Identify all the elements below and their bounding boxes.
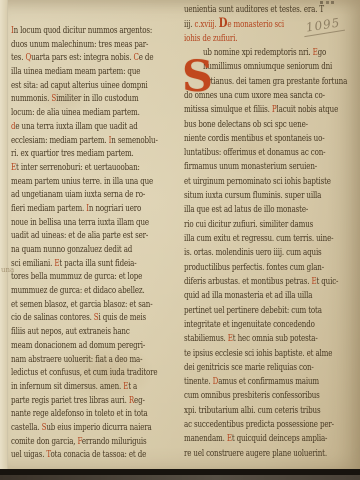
line-text: nummonis. — [11, 94, 51, 104]
line-text: filiis aut nepos, aut extraneis hanc — [11, 327, 130, 337]
line-text: urtianus. dei tamen gra prestante fortun… — [203, 77, 347, 87]
line-text: meam donacionem ad domum peregri- — [11, 341, 145, 351]
manuscript-line: quid ad illa monasteria et ad illa uilla — [184, 289, 354, 303]
line-text: dei genitricis sce marie reliquias con- — [184, 363, 314, 373]
manuscript-line: na quam nunno gonzaluez dedit ad — [11, 244, 177, 258]
line-text: et uirginum pernominato sci iohis baptis… — [184, 177, 331, 187]
page-left-edge — [0, 0, 8, 470]
manuscript-line: diferis arbustas. et montibus petras. Et… — [184, 275, 354, 289]
line-text: sci emiliani. — [11, 259, 54, 269]
line-text: t pacta illa sunt fideia- — [59, 259, 136, 269]
manuscript-line: tinente. Damus et confirmamus maium — [184, 375, 354, 389]
line-text: t a — [128, 382, 137, 392]
line-text: luntatibus: offerimus et donamus ac con- — [184, 148, 325, 158]
manuscript-line: situm iuxta cursum fluminis. super uilla — [184, 189, 354, 203]
line-text: tores bella mummuz de gurca: et lope — [11, 272, 142, 282]
rubric-text: e monasterio sci — [227, 20, 284, 30]
line-text: illa cum exitu et regressu. cum terris. … — [184, 234, 333, 244]
line-text: lacuit nobis atque — [276, 105, 338, 115]
manuscript-line: parte regis pariet tres libras auri. Reg… — [11, 395, 177, 409]
manuscript-line: Et inter serrenoburi: et uertauooban: — [11, 162, 177, 176]
line-text: re uel construere augere plane uoluerint… — [184, 449, 327, 459]
line-text: rio cui dicitur zufiuri. similiter damus — [184, 220, 313, 230]
illuminated-initial-s: S — [182, 56, 213, 99]
manuscript-line: ad ungetianam uiam iuxta serna de ro- — [11, 189, 177, 203]
line-text: uadit ad uineas: et de alia parte est se… — [11, 231, 148, 241]
line-text: noue in bellisa una terra iuxta illam qu… — [11, 218, 149, 228]
line-text: t inter serrenoburi: et uertauooban: — [16, 163, 140, 173]
manuscript-line: ledictus et confusus, et cum iuda tradit… — [11, 367, 177, 381]
line-text: n locum quod dicitur nummos argentos: — [14, 26, 153, 36]
manuscript-line: manendam. Et quicquid deinceps amplia- — [184, 432, 354, 446]
line-text: meam partem unius terre. in illa una que — [11, 177, 153, 187]
manuscript-line: tes. Quarta pars est: integra nobis. Ce … — [11, 52, 177, 66]
manuscript-line: pertinet uel pertinere debebit: cum tota — [184, 304, 354, 318]
manuscript-line: nam abstraere uoluerit: fiat a deo ma- — [11, 354, 177, 368]
line-text: est sita: ad caput alterius uinee dompni — [11, 81, 148, 91]
parchment-page: 1095 In locum quod dicitur nummos argent… — [0, 0, 360, 470]
manuscript-line: cum omnibus presbiteris confessoribus — [184, 389, 354, 403]
manuscript-line: illa que est ad latus de illo monaste- — [184, 203, 354, 217]
manuscript-line: te ipsius ecclesie sci iohis baptiste. e… — [184, 347, 354, 361]
line-text: nam abstraere uoluerit: fiat a deo ma- — [11, 355, 142, 365]
line-text: tes. — [11, 53, 25, 63]
line-text: fieri mediam partem. — [11, 204, 86, 214]
rubric-text: D — [219, 16, 228, 31]
manuscript-line: illa uinea mediam meam partem: que — [11, 66, 177, 80]
manuscript-line: nante rege aldefonso in toleto et in tot… — [11, 408, 177, 422]
manuscript-line: filiis aut nepos, aut extraneis hanc — [11, 326, 177, 340]
line-text: na quam nunno gonzaluez dedit ad — [11, 245, 132, 255]
line-text: mitissa simulque et filiis. — [184, 105, 272, 115]
manuscript-line: ri. ex quartior tres mediam partem. — [11, 148, 177, 162]
manuscript-line: dei genitricis sce marie reliquias con- — [184, 361, 354, 375]
manuscript-line: iij. c.xviij. De monasterio sci — [184, 17, 354, 31]
line-text: e de — [139, 53, 154, 63]
line-text: cum omnibus presbiteris confessoribus — [184, 391, 320, 401]
manuscript-line: ecclesiam: mediam partem. In semenoblu- — [11, 135, 177, 149]
line-text: bus bone delectans ob sci spc uene- — [184, 120, 308, 130]
line-text: ad ungetianam uiam iuxta serna de ro- — [11, 190, 145, 200]
manuscript-line: meam partem unius terre. in illa una que — [11, 176, 177, 190]
line-text: stabiliemus. — [184, 334, 228, 344]
line-text: uenientia sunt auditores et testes. era.… — [184, 5, 324, 15]
photo-table-edge — [0, 475, 360, 480]
manuscript-line: uenientia sunt auditores et testes. era.… — [184, 3, 354, 17]
line-text: integritate et ingenuitate concedendo — [184, 320, 315, 330]
manuscript-line: nummonis. Similiter in illo custodum — [11, 93, 177, 107]
manuscript-line: uel uigas. Tota conacia de tassoa: et de — [11, 449, 177, 463]
manuscript-line: in infernum sit dimersus. amen. Et a — [11, 381, 177, 395]
line-text: i quis de meis — [99, 313, 147, 323]
line-text: nante rege aldefonso in toleto et in tot… — [11, 409, 148, 419]
manuscript-line: meam donacionem ad domum peregri- — [11, 340, 177, 354]
line-text: t quicquid deinceps amplia- — [232, 434, 327, 444]
manuscript-line: is. ortas. molendinis uero iiij. cum aqu… — [184, 246, 354, 260]
line-text: ledictus et confusus, et cum iuda tradit… — [11, 368, 157, 378]
line-text: humillimus omniumque seniorum dni — [203, 62, 332, 72]
line-text: uel uigas. — [11, 450, 46, 460]
rubric-text: iohis de zufiuri. — [184, 34, 237, 44]
text-column-left: In locum quod dicitur nummos argentos:du… — [11, 25, 178, 463]
line-text: t hec omnia sub potesta- — [233, 334, 318, 344]
manuscript-line: uadit ad uineas: et de alia parte est se… — [11, 230, 177, 244]
manuscript-line: tores bella mummuz de gurca: et lope — [11, 271, 177, 285]
line-text: te ipsius ecclesie sci iohis baptiste. e… — [184, 349, 332, 359]
manuscript-line: rio cui dicitur zufiuri. similiter damus — [184, 218, 354, 232]
manuscript-photo: 1095 In locum quod dicitur nummos argent… — [0, 0, 360, 480]
manuscript-line: noue in bellisa una terra iuxta illam qu… — [11, 217, 177, 231]
line-text: situm iuxta cursum fluminis. super uilla — [184, 191, 321, 201]
manuscript-line: xpi. tributarium albi. cum ceteris tribu… — [184, 404, 354, 418]
line-text: productilibus perfectis. fontes cum glan… — [184, 263, 324, 273]
line-text: illa que est ad latus de illo monaste- — [184, 205, 308, 215]
line-text: ub eius imperio dicurra naiera — [46, 423, 151, 433]
line-text: firmamus unum monasterium seruien- — [184, 162, 317, 172]
line-text: tinente. — [184, 377, 213, 387]
manuscript-line: fieri mediam partem. In nogriari uero — [11, 203, 177, 217]
manuscript-line: re uel construere augere plane uoluerint… — [184, 447, 354, 461]
line-text: ri. ex quartior tres mediam partem. — [11, 149, 134, 159]
line-text: e una terra iuxta illam que uadit ad — [15, 122, 137, 132]
line-text: diferis arbustas. et montibus petras. — [184, 277, 311, 287]
line-text: t quic- — [316, 277, 338, 287]
manuscript-line: et uirginum pernominato sci iohis baptis… — [184, 175, 354, 189]
manuscript-line: duos unum malechinum: tres meas par- — [11, 39, 177, 53]
manuscript-line: niente cordis mentibus et spontaneis uo- — [184, 132, 354, 146]
line-text: castella. — [11, 423, 42, 433]
manuscript-line: et semen blasoz, et garcia blasoz: et sa… — [11, 299, 177, 313]
line-text: amus et confirmamus maium — [218, 377, 319, 387]
line-text: comite don garcia, — [11, 437, 77, 447]
line-text: manendam. — [184, 434, 227, 444]
manuscript-line: de una terra iuxta illam que uadit ad — [11, 121, 177, 135]
manuscript-line: sci emiliani. Et pacta illa sunt fideia- — [11, 258, 177, 272]
manuscript-line: est sita: ad caput alterius uinee dompni — [11, 80, 177, 94]
manuscript-line: In locum quod dicitur nummos argentos: — [11, 25, 177, 39]
manuscript-line: cio de salinas contores. Si quis de meis — [11, 312, 177, 326]
line-text: parte regis pariet tres libras auri. — [11, 396, 129, 406]
line-text: ac succedentibus predicta possessione pe… — [184, 420, 334, 430]
rubric-text: c.xviij. — [194, 20, 218, 30]
line-text: cio de salinas contores. — [11, 313, 94, 323]
manuscript-line: firmamus unum monasterium seruien- — [184, 160, 354, 174]
line-text: pertinet uel pertinere debebit: cum tota — [184, 306, 322, 316]
manuscript-line: mitissa simulque et filiis. Placuit nobi… — [184, 103, 354, 117]
manuscript-line: integritate et ingenuitate concedendo — [184, 318, 354, 332]
manuscript-line: illa cum exitu et regressu. cum terris. … — [184, 232, 354, 246]
line-text: go — [318, 48, 327, 58]
line-text: in infernum sit dimersus. amen. — [11, 382, 123, 392]
line-text: errando miluriguis — [82, 437, 147, 447]
line-text: is. ortas. molendinis uero iiij. cum aqu… — [184, 248, 322, 258]
line-text: uarta pars est: integra nobis. — [31, 53, 133, 63]
line-text: et semen blasoz, et garcia blasoz: et sa… — [11, 300, 152, 310]
manuscript-line: mummuez de gurca: et didaco abellez. — [11, 285, 177, 299]
line-text: ub nomine xpi redemptoris nri. — [203, 48, 313, 58]
marginal-note: una — [1, 266, 14, 274]
manuscript-line: locum: de alia uinea mediam partem. — [11, 107, 177, 121]
line-text: imiliter in illo custodum — [56, 94, 138, 104]
line-text: niente cordis mentibus et spontaneis uo- — [184, 134, 324, 144]
line-text: quid ad illa monasteria et ad illa uilla — [184, 291, 312, 301]
manuscript-line: bus bone delectans ob sci spc uene- — [184, 118, 354, 132]
line-text: mummuez de gurca: et didaco abellez. — [11, 286, 145, 296]
manuscript-line: luntatibus: offerimus et donamus ac con- — [184, 146, 354, 160]
line-text: xpi. tributarium albi. cum ceteris tribu… — [184, 406, 320, 416]
line-text: illa uinea mediam meam partem: que — [11, 67, 140, 77]
manuscript-line: ac succedentibus predicta possessione pe… — [184, 418, 354, 432]
line-text: duos unum malechinum: tres meas par- — [11, 40, 148, 50]
manuscript-line: productilibus perfectis. fontes cum glan… — [184, 261, 354, 275]
line-text: eg- — [134, 396, 145, 406]
line-text: n semenoblu- — [111, 136, 157, 146]
line-text: iij. — [184, 20, 194, 30]
line-text: locum: de alia uinea mediam partem. — [11, 108, 140, 118]
line-text: n nogriari uero — [89, 204, 141, 214]
manuscript-line: comite don garcia, Ferrando miluriguis — [11, 436, 177, 450]
line-text: ecclesiam: mediam partem. — [11, 136, 109, 146]
line-text: ota conacia de tassoa: et de — [50, 450, 146, 460]
manuscript-line: castella. Sub eius imperio dicurra naier… — [11, 422, 177, 436]
manuscript-line: stabiliemus. Et hec omnia sub potesta- — [184, 332, 354, 346]
manuscript-line: iohis de zufiuri. — [184, 32, 354, 46]
